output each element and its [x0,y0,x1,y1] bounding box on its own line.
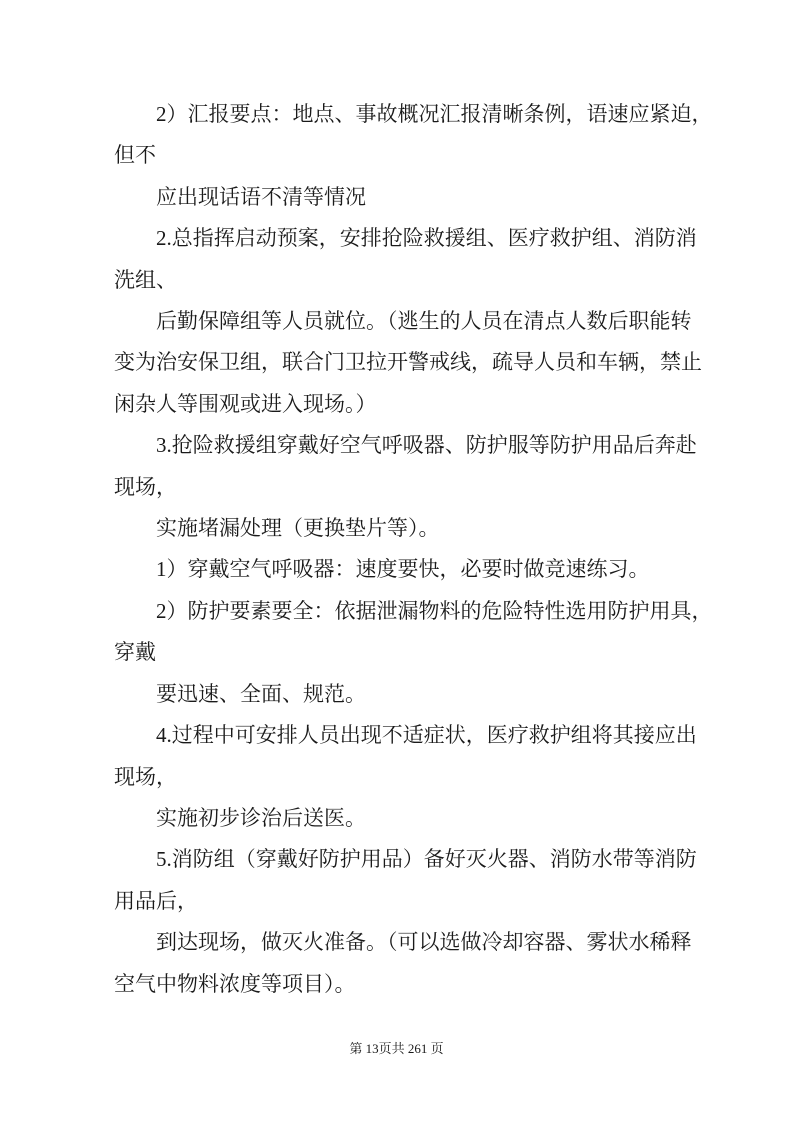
text-line: 要迅速、全面、规范。 [114,674,754,715]
text-line: 实施初步诊治后送医。 [114,798,754,839]
page-footer: 第 13页共 261 页 [0,1039,793,1058]
document-page: 2）汇报要点：地点、事故概况汇报清晰条例，语速应紧迫，但不应出现话语不清等情况2… [0,0,793,1122]
text-line: 3.抢险救援组穿戴好空气呼吸器、防护服等防护用品后奔赴 [114,425,754,466]
text-line: 4.过程中可安排人员出现不适症状，医疗救护组将其接应出 [114,715,754,756]
page-number: 第 13页共 261 页 [349,1041,443,1056]
text-line: 1）穿戴空气呼吸器：速度要快，必要时做竞速练习。 [114,549,754,590]
text-line: 但不 [114,135,754,176]
text-line: 应出现话语不清等情况 [114,177,754,218]
text-line: 到达现场，做灭火准备。（可以选做冷却容器、雾状水稀释 [114,922,754,963]
text-line: 闲杂人等围观或进入现场。） [114,384,754,425]
text-line: 用品后， [114,881,754,922]
text-line: 洗组、 [114,260,754,301]
text-line: 后勤保障组等人员就位。（逃生的人员在清点人数后职能转 [114,301,754,342]
text-line: 实施堵漏处理（更换垫片等）。 [114,508,754,549]
text-line: 2）防护要素要全：依据泄漏物料的危险特性选用防护用具， [114,591,754,632]
text-line: 现场， [114,467,754,508]
text-line: 变为治安保卫组，联合门卫拉开警戒线，疏导人员和车辆，禁止 [114,342,754,383]
text-line: 穿戴 [114,632,754,673]
document-body: 2）汇报要点：地点、事故概况汇报清晰条例，语速应紧迫，但不应出现话语不清等情况2… [114,94,754,1005]
text-line: 2.总指挥启动预案，安排抢险救援组、医疗救护组、消防消 [114,218,754,259]
text-line: 2）汇报要点：地点、事故概况汇报清晰条例，语速应紧迫， [114,94,754,135]
text-line: 现场， [114,757,754,798]
text-line: 5.消防组（穿戴好防护用品）备好灭火器、消防水带等消防 [114,839,754,880]
text-line: 空气中物料浓度等项目）。 [114,964,754,1005]
